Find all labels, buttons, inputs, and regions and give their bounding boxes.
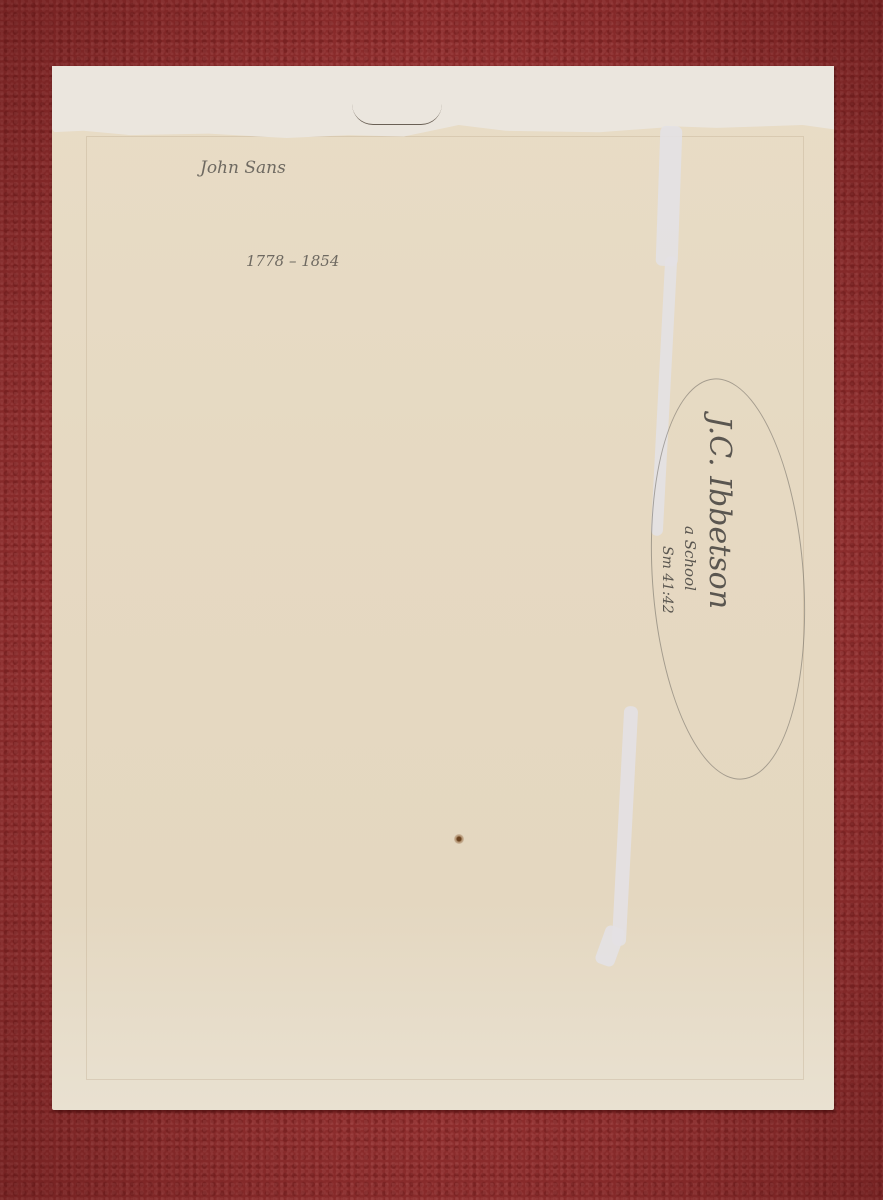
pencil-dates-note: 1778 – 1854 [246, 252, 339, 270]
tape-residue-top [52, 66, 834, 138]
oval-inscription-line3: Sm 41:42 [659, 546, 675, 614]
paper-sheet: John Sans 1778 – 1854 J.C. Ibbetson a Sc… [52, 66, 834, 1110]
pencil-name-note: John Sans [200, 158, 286, 178]
tape-crack [352, 104, 442, 125]
oval-inscription-line1: J.C. Ibbetson [702, 416, 737, 609]
foxing-stain [454, 834, 464, 844]
oval-inscription-line2: a School [681, 526, 699, 591]
